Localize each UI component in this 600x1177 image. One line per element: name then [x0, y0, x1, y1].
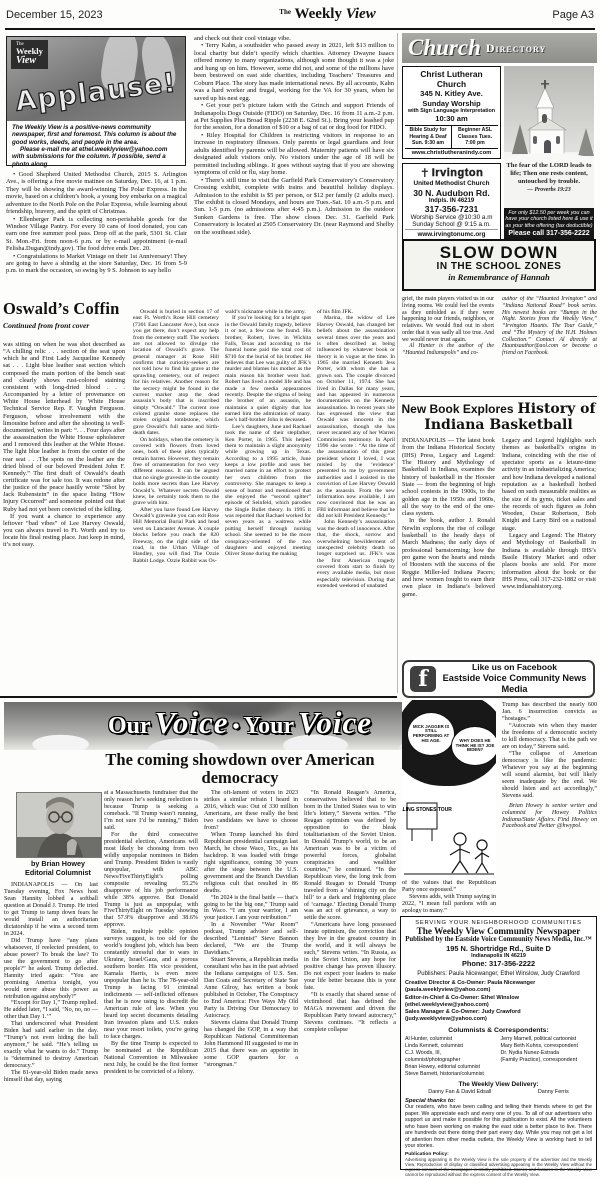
- brian-howey-photo: [16, 792, 102, 858]
- paragraph: • Good Shepherd United Methodist Church,…: [6, 171, 187, 216]
- cartoon-speech-bubble-2: WHY DOES HE THINK HE IS? JOE BIDEN?: [451, 726, 496, 766]
- opinion-column-5: of the values that the Republican Party …: [402, 880, 496, 913]
- paragraph: After you have found Lee Harvey Oswald’s…: [133, 507, 219, 564]
- irvington-logo-row: ✝ Irvington: [405, 166, 498, 180]
- facebook-icon: f: [410, 666, 436, 692]
- paragraph: Creative Director & Co-Owner: Paula Nice…: [405, 980, 592, 995]
- slow-down-line2: IN THE SCHOOL ZONES: [404, 261, 594, 272]
- opinion-column-3: The oft-lament of voters in 2023 strikes…: [204, 790, 298, 1172]
- continued-note: Continued from front cover: [3, 321, 129, 330]
- headline-part-1: New Book Explores: [401, 402, 513, 416]
- paragraph: Lee’s daughters, June and Rachael took t…: [225, 424, 311, 558]
- opinion-column-2: at a Massachusetts fundraiser that the o…: [104, 790, 198, 1172]
- church-title-caps: Directory: [486, 41, 546, 56]
- paragraph: The Weekly View is a positive-news commu…: [12, 124, 180, 146]
- church-website: www.christlutheranindy.com: [405, 149, 498, 156]
- church-address: 345 N. Kitley Ave.: [405, 89, 498, 98]
- oswald-column-3: wald’s nickname while in the army.If you…: [225, 309, 311, 693]
- paragraph: The 81-year-old Biden made news himself …: [4, 1070, 98, 1084]
- paragraph: “In Ronald Reagan’s America, conservativ…: [304, 790, 396, 922]
- page-header: December 15, 2023 The Weekly View Page A…: [6, 6, 594, 26]
- section-rule: [400, 396, 597, 397]
- paragraph: grief, the main players visited us in ou…: [402, 296, 494, 343]
- church-photo: [504, 66, 594, 230]
- paragraph: Stuart Stevens, a Republican media consu…: [204, 957, 298, 1020]
- oswald-column-1: was sitting on when he was shot describe…: [3, 341, 125, 693]
- facebook-line2: Eastside Voice Community News Media: [442, 673, 587, 696]
- oswald-article-header: Oswald’s Coffin Continued from front cov…: [3, 299, 129, 330]
- paper-phone: Phone: 317-356-2222: [405, 959, 592, 968]
- slow-down-line3: in Remembrance of Hannah: [404, 272, 594, 282]
- columnist-bio: Brian Howey is senior writer and columni…: [502, 803, 597, 831]
- bible-study-cell: Bible Study for Hearing & Deaf Sun. 9:30…: [405, 126, 452, 148]
- policy-text: Advertising appearing in the Weekly View…: [405, 1157, 592, 1177]
- irvington-umc-ad: ✝ Irvington United Methodist Church 30 N…: [402, 163, 501, 241]
- masthead-brand: The Weekly View: [279, 6, 375, 23]
- paragraph: “In 2024 is the final battle — that’s go…: [204, 895, 298, 923]
- paragraph: On holidays, when the cemetery is covere…: [133, 437, 219, 507]
- paragraph: Al Hunter, columnist: [405, 1036, 497, 1043]
- church-directory-body: Christ Lutheran Church 345 N. Kitley Ave…: [402, 63, 597, 241]
- paragraph: “The collapse of American democracy is l…: [502, 751, 597, 800]
- banner-word-voice-2: Voice: [298, 705, 372, 740]
- oswald-continuation-1: grief, the main players visited us in ou…: [402, 296, 494, 396]
- paragraph: John Kennedy’s assassination was the dea…: [317, 519, 395, 589]
- church-address: 30 N. Audubon Rd.: [405, 188, 498, 198]
- paragraph: “Except for Day 1,” Trump replied. He ad…: [4, 1000, 98, 1021]
- column-rule: [397, 33, 398, 693]
- church-directory: Church Directory Christ Lutheran Church …: [402, 33, 597, 230]
- publishers-line: Publishers: Paula Nicewanger, Ethel Wins…: [405, 971, 592, 977]
- issue-date: December 15, 2023: [6, 9, 103, 21]
- paper-title: The Weekly View Community Newspaper: [405, 926, 592, 936]
- oswald-continuation-2: author of the “Haunted Irvington” and “I…: [502, 296, 597, 396]
- paragraph: Stevens adds, with Trump saying in 2022,…: [402, 894, 496, 913]
- byline-name: by Brian Howey: [6, 859, 110, 868]
- paragraph: Stevens claims that Donald Trump has cha…: [204, 1020, 298, 1069]
- paragraph: INDIANAPOLIS — The latest book from the …: [402, 437, 495, 517]
- verse-reference: — Proverbs 19:23: [504, 187, 594, 194]
- new-book-column-1: INDIANAPOLIS — The latest book from the …: [402, 437, 495, 655]
- paragraph: Linda Kennett, columnist: [405, 1043, 497, 1050]
- banner-word-your: Your: [244, 713, 295, 739]
- columnists-left: Al Hunter, columnistLinda Kennett, colum…: [405, 1036, 497, 1079]
- applause-photo: The Weekly View Applause!: [7, 37, 185, 121]
- editorial-cartoon: MICK JAGGER IS STILL PERFORMING AT HIS A…: [402, 700, 496, 877]
- oswald-column-2: Oswald is buried in section 17 of east F…: [133, 309, 219, 693]
- applause-items-left: • Good Shepherd United Methodist Church,…: [6, 171, 187, 297]
- paragraph: • Terry Kahn, a southsider who passed aw…: [194, 42, 394, 102]
- slow-down-notice: SLOW DOWN IN THE SCHOOL ZONES in Remembr…: [402, 239, 596, 291]
- opinion-column-6: Trump has described the nearly 600 Jan. …: [502, 702, 597, 914]
- paragraph: Dr. Nydia Nunez-Estrada: [501, 1050, 593, 1057]
- brand-view: View: [346, 6, 376, 22]
- church-name: Christ Lutheran Church: [405, 69, 498, 89]
- paragraph: and check out their cool vintage vibe.: [194, 35, 394, 42]
- asl-classes-cell: Beginner ASL Classes Tues. 7:00 pm: [452, 126, 498, 148]
- brand-weekly: Weekly: [294, 6, 342, 22]
- paragraph: Legacy and Legend highlights such themes…: [502, 437, 596, 532]
- continuation-text: grief, the main players visited us in ou…: [402, 296, 494, 343]
- newspaper-page: December 15, 2023 The Weekly View Page A…: [0, 0, 600, 1177]
- paragraph: Editor-in-Chief & Co-Owner: Ethel Winslo…: [405, 995, 592, 1010]
- paragraph: Jerry Marnell, political cartoonist: [501, 1036, 593, 1043]
- weekly-view-logo: The Weekly View: [11, 40, 48, 69]
- paragraph: The oft-lament of voters in 2023 strikes…: [204, 790, 298, 832]
- delivery-names: Danny Fan & David Edsall Danny Ferris: [405, 1089, 592, 1095]
- paragraph: at a Massachusetts fundraiser that the o…: [104, 790, 198, 832]
- paragraph: C.J. Woods, III, columnist/photographer: [405, 1050, 497, 1064]
- church-phone: 317-356-7231: [405, 204, 498, 214]
- paragraph: In the book, author J. Ronald Newlin exp…: [402, 517, 495, 597]
- applause-title: Applause!: [7, 66, 185, 118]
- thanks-text: Our readers, who have been calling and t…: [405, 1104, 592, 1149]
- delivery-title: The Weekly View Delivery:: [405, 1081, 592, 1088]
- paragraph: • There’s still time to visit the Garfie…: [194, 177, 394, 237]
- headline-part-2: History of: [518, 401, 596, 417]
- paragraph: If you’re looking for a bright spot in t…: [225, 315, 311, 423]
- schedule-cells: Bible Study for Hearing & Deaf Sun. 9:30…: [405, 125, 498, 149]
- paragraph: When Trump launched his third Republican…: [204, 832, 298, 895]
- applause-column-box: The Weekly View Applause! The Weekly Vie…: [6, 36, 186, 166]
- paragraph: Marina, the widow of Lee Harvey Oswald, …: [317, 315, 395, 519]
- new-book-headline: New Book Explores History of Indiana Bas…: [400, 401, 597, 432]
- applause-intro: The Weekly View is a positive-news commu…: [7, 121, 185, 171]
- oswald-column-4: of his film JFK.Marina, the widow of Lee…: [317, 309, 395, 693]
- church-website: www.irvingtonumc.org: [405, 229, 498, 238]
- paragraph: of the values that the Republican Party …: [402, 880, 496, 894]
- cross-flame-icon: ✝: [420, 166, 430, 180]
- page-number: Page A3: [552, 9, 594, 21]
- christ-lutheran-ad: Christ Lutheran Church 345 N. Kitley Ave…: [402, 66, 501, 159]
- paragraph: By the time Trump is expected to be nomi…: [104, 1041, 198, 1076]
- banner-bullet: •: [232, 716, 239, 738]
- published-by: Published by the Eastside Voice Communit…: [405, 936, 592, 943]
- paragraph: Trump has described the nearly 600 Jan. …: [502, 702, 597, 723]
- logo-view: View: [16, 56, 43, 66]
- paragraph: • Riley Hospital for Children is restric…: [194, 132, 394, 177]
- paragraph: Please e-mail me at ethel.weeklyview@yah…: [12, 146, 180, 168]
- listing-ad-phone: Please call 317-356-2222: [505, 230, 593, 239]
- byline: by Brian Howey Editorial Columnist: [6, 859, 110, 877]
- masthead-info-box: SERVING YOUR NEIGHBORHOOD COMMUNITIES Th…: [400, 916, 597, 1170]
- paragraph: Legacy and Legend: The History and Mytho…: [502, 532, 596, 591]
- paragraph: Brian Howey, editorial columnist: [405, 1064, 497, 1071]
- banner-word-our: Our: [108, 713, 151, 739]
- paragraph: Steve Barnett, historian/columnist: [405, 1071, 497, 1078]
- church-listing-ad: For only $12.50 per week you can have yo…: [504, 208, 594, 241]
- columnists-lists: Al Hunter, columnistLinda Kennett, colum…: [405, 1036, 592, 1079]
- worship-time: 10:30 am: [405, 114, 498, 123]
- paragraph: • Get your pet’s picture taken with the …: [194, 102, 394, 132]
- columnists-right: Jerry Marnell, political cartoonistMary …: [501, 1036, 593, 1079]
- worship-label: Sunday Worship: [405, 99, 498, 108]
- facebook-promo: f Like us on Facebook Eastside Voice Com…: [402, 660, 595, 698]
- church-ads-column: Christ Lutheran Church 345 N. Kitley Ave…: [402, 66, 501, 241]
- paragraph: That underscored what President Biden ha…: [4, 1021, 98, 1070]
- applause-items-middle: and check out their cool vintage vibe.• …: [194, 35, 394, 307]
- paragraph: For the third consecutive presidential e…: [104, 832, 198, 930]
- sunday-school-time: Sunday School @ 9:15 a.m.: [405, 221, 498, 228]
- opinion-column-4: “In Ronald Reagan’s America, conservativ…: [304, 790, 396, 1172]
- paragraph: (Family Practice), correspondent: [501, 1057, 593, 1064]
- cartoon-drawing: ROLLING STONES TOUR: [402, 795, 496, 877]
- paragraph: • Ellenberger Park is collecting non-per…: [6, 216, 187, 253]
- church-directory-header: Church Directory: [402, 33, 597, 63]
- paragraph: Mary Beth Kuhns, correspondent: [501, 1043, 593, 1050]
- paragraph: “It is exactly that shared sense of vict…: [304, 992, 396, 1034]
- verse-text: The fear of the LORD leads to life; Then…: [506, 162, 591, 185]
- paragraph: In a November “War Room” podcast, Trump …: [204, 922, 298, 957]
- columnists-title: Columnists & Correspondents:: [405, 1027, 592, 1034]
- church-title-script: Church: [408, 35, 481, 61]
- headline-part-3: Indiana Basketball: [400, 418, 597, 433]
- cartoon-speech-bubble-1: MICK JAGGER IS STILL PERFORMING AT HIS A…: [407, 712, 455, 756]
- author-bio-start: Al Hunter is the author of the “Haunted …: [402, 343, 494, 357]
- paragraph: “Americans have long possessed innate op…: [304, 922, 396, 992]
- worship-service-time: Worship Service @10:30 a.m: [405, 214, 498, 221]
- opinion-column-1: INDIANAPOLIS — On last Tuesday evening, …: [4, 882, 98, 1172]
- facebook-text: Like us on Facebook Eastside Voice Commu…: [442, 662, 587, 696]
- paragraph: Biden, multiple public opinion surveys s…: [104, 929, 198, 1041]
- paragraph: INDIANAPOLIS — On last Tuesday evening, …: [4, 882, 98, 938]
- byline-role: Editorial Columnist: [6, 868, 110, 877]
- church-photo-column: The fear of the LORD leads to life; Then…: [504, 66, 594, 241]
- delivery-left: Danny Fan & David Edsall: [428, 1089, 491, 1095]
- church-name-2: United Methodist Church: [405, 180, 498, 187]
- brand-the: The: [279, 8, 291, 16]
- paragraph: Sales Manager & Co-Owner: Judy Crawford …: [405, 1009, 592, 1024]
- portrait-image: [17, 793, 101, 857]
- slow-down-line1: SLOW DOWN: [404, 244, 594, 261]
- header-rule: [5, 28, 595, 30]
- church-name: Irvington: [432, 167, 484, 179]
- banner-word-voice-1: Voice: [155, 705, 229, 740]
- owners-list: Creative Director & Co-Owner: Paula Nice…: [405, 980, 592, 1024]
- opinion-column-6-text: Trump has described the nearly 600 Jan. …: [502, 702, 597, 800]
- paragraph: If you want a chance to experience any l…: [3, 513, 125, 549]
- article-headline: Oswald’s Coffin: [3, 299, 129, 319]
- bible-verse: The fear of the LORD leads to life; Then…: [504, 162, 594, 194]
- paragraph: • Congratulations to Market Vintage on t…: [6, 253, 187, 275]
- paper-address: 195 N. Shortridge Rd., Suite D: [405, 944, 592, 953]
- paragraph: was sitting on when he was shot describe…: [3, 341, 125, 513]
- section-rule: [0, 696, 397, 698]
- delivery-right: Danny Ferris: [538, 1089, 569, 1095]
- facebook-line1: Like us on Facebook: [442, 662, 587, 673]
- listing-ad-text: For only $12.50 per week you can have yo…: [505, 210, 592, 230]
- paragraph: “Autocrats win when they master the free…: [502, 723, 597, 751]
- paragraph: author of the “Haunted Irvington” and “I…: [502, 296, 597, 357]
- cartoon-sign-text: ROLLING STONES TOUR: [402, 807, 452, 813]
- new-book-column-2: Legacy and Legend highlights such themes…: [502, 437, 596, 655]
- paragraph: Oswald is buried in section 17 of east F…: [133, 309, 219, 437]
- paragraph: Did Trump have “any plans whatsoever, if…: [4, 938, 98, 1001]
